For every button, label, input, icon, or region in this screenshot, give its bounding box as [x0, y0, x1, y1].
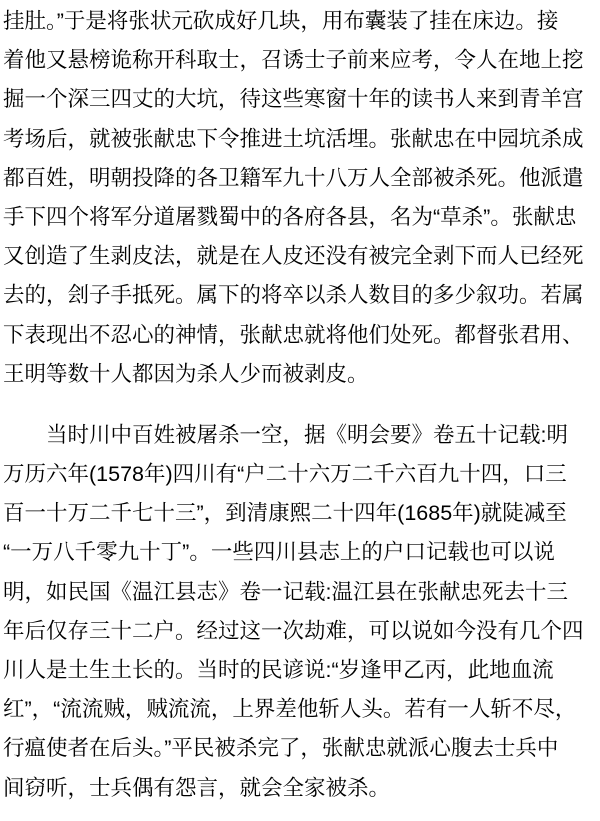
text-line: 下表现出不忍心的神情，张献忠就将他们处死。都督张君用、 [3, 316, 598, 355]
text-line: 又创造了生剥皮法，就是在人皮还没有被完全剥下而人已经死 [3, 237, 598, 276]
document-page: 挂肚。”于是将张状元砍成好几块，用布囊装了挂在床边。接着他又悬榜诡称开科取士，召… [0, 0, 600, 821]
text-line: 去的，刽子手抵死。属下的将卒以杀人数目的多少叙功。若属 [3, 276, 598, 315]
text-line: 挂肚。”于是将张状元砍成好几块，用布囊装了挂在床边。接 [3, 2, 598, 41]
text-line: 百一十万二千七十三”，到清康熙二十四年(1685年)就陡减至 [3, 494, 598, 533]
text-line: 行瘟使者在后头。”平民被杀完了，张献忠就派心腹去士兵中 [3, 729, 598, 768]
text-line: 红”，“流流贼，贼流流，上界差他斩人头。若有一人斩不尽， [3, 690, 598, 729]
text-line: 年后仅存三十二户。经过这一次劫难，可以说如今没有几个四 [3, 612, 598, 651]
paragraph-1: 挂肚。”于是将张状元砍成好几块，用布囊装了挂在床边。接着他又悬榜诡称开科取士，召… [3, 2, 598, 394]
text-line: 万历六年(1578年)四川有“户二十六万二千六百九十四，口三 [3, 455, 598, 494]
text-line: 考场后，就被张献忠下令推进土坑活埋。张献忠在中园坑杀成 [3, 120, 598, 159]
text-line: 着他又悬榜诡称开科取士，召诱士子前来应考，令人在地上挖 [3, 41, 598, 80]
text-line: 王明等数十人都因为杀人少而被剥皮。 [3, 355, 598, 394]
text-body: 挂肚。”于是将张状元砍成好几块，用布囊装了挂在床边。接着他又悬榜诡称开科取士，召… [0, 0, 600, 808]
text-line: 间窃听，士兵偶有怨言，就会全家被杀。 [3, 769, 598, 808]
text-line: 当时川中百姓被屠杀一空，据《明会要》卷五十记载:明 [3, 416, 598, 455]
text-line: 明，如民国《温江县志》卷一记载:温江县在张献忠死去十三 [3, 573, 598, 612]
text-line: 手下四个将军分道屠戮蜀中的各府各县，名为“草杀”。张献忠 [3, 198, 598, 237]
paragraph-2: 当时川中百姓被屠杀一空，据《明会要》卷五十记载:明万历六年(1578年)四川有“… [3, 416, 598, 808]
text-line: 掘一个深三四丈的大坑，待这些寒窗十年的读书人来到青羊宫 [3, 80, 598, 119]
text-line: “一万八千零九十丁”。一些四川县志上的户口记载也可以说 [3, 533, 598, 572]
text-line: 川人是土生土长的。当时的民谚说:“岁逢甲乙丙，此地血流 [3, 651, 598, 690]
text-line: 都百姓，明朝投降的各卫籍军九十八万人全部被杀死。他派遣 [3, 159, 598, 198]
